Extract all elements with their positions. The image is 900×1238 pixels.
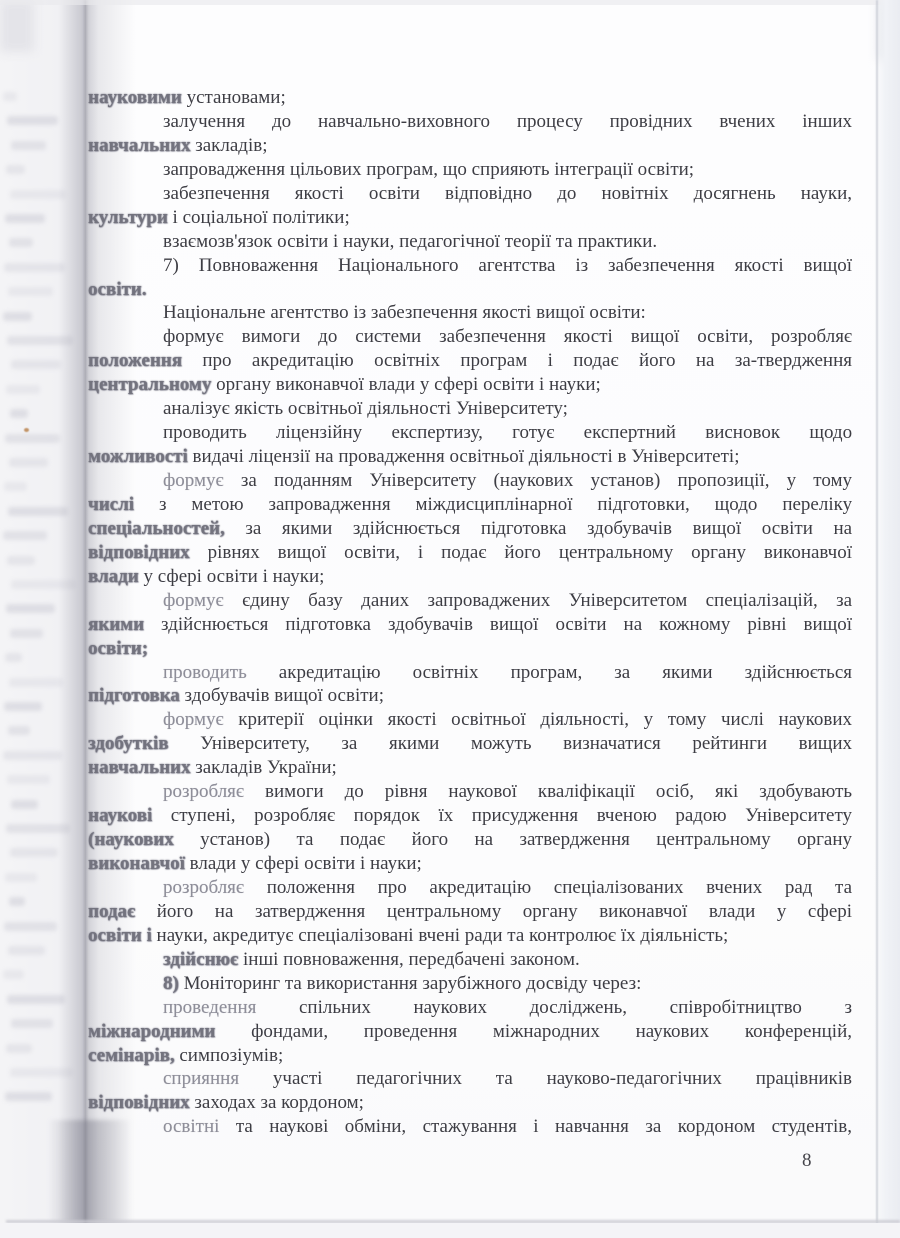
text-line: можливості видачі ліцензії на провадженн… [88, 445, 852, 469]
text-line: Національне агентство із забезпечення як… [88, 301, 852, 325]
smudged-word: подає [88, 901, 135, 922]
text-line: здійснює інші повноваження, передбачені … [88, 948, 852, 972]
text-line: семінарів, симпозіумів; [88, 1044, 852, 1068]
text-line: якими здійснюється підготовка здобувачів… [88, 613, 852, 637]
ghost-text-fragment [3, 92, 17, 101]
ghost-text-fragment [6, 604, 55, 613]
ghost-text-fragment [6, 165, 25, 174]
smudged-word: культури [88, 207, 168, 228]
ghost-text-fragment [9, 238, 33, 247]
smudged-word: наукові [88, 805, 152, 826]
page-number: 8 [802, 1150, 812, 1172]
text-line: положення про акредитацію освітніх прогр… [88, 349, 852, 373]
ghost-text-fragment [11, 1019, 53, 1028]
ghost-text-fragment [11, 800, 38, 809]
text-line: запровадження цільових програм, що сприя… [88, 158, 852, 182]
scan-corner-top-left [0, 0, 34, 52]
text-line: спеціальностей, за якими здійснюється пі… [88, 517, 852, 541]
text-line: залучення до навчально-виховного процесу… [88, 110, 852, 134]
text-line: підготовка здобувачів вищої освіти; [88, 684, 852, 708]
smudged-word: 8) [163, 973, 179, 994]
ghost-text-fragment [3, 312, 32, 321]
text-line: сприяння участі педагогічних та науково-… [88, 1067, 852, 1091]
ghost-text-fragment [11, 360, 61, 369]
text-line: наукові ступені, розробляє порядок їх пр… [88, 804, 852, 828]
text-line: проведення спільних наукових досліджень,… [88, 996, 852, 1020]
ghost-text-fragment [8, 726, 30, 735]
text-line: навчальних закладів; [88, 134, 852, 158]
page-right-edge [876, 0, 878, 1238]
smudged-word: освіти; [88, 638, 148, 659]
smudged-word: відповідних [88, 542, 190, 563]
text-line: розробляє вимоги до рівня наукової квалі… [88, 780, 852, 804]
smudged-word: (наукових [88, 829, 174, 850]
text-line: відповідних заходах за кордоном; [88, 1091, 852, 1115]
text-line: подає його на затвердження центральному … [88, 900, 852, 924]
text-line: виконавчої влади у сфері освіти і науки; [88, 852, 852, 876]
ghost-text-fragment [5, 1092, 52, 1101]
smudged-word: положення [88, 350, 182, 371]
text-line: формує єдину базу даних запроваджених Ун… [88, 589, 852, 613]
smudged-word: центральному [88, 374, 211, 395]
smudged-word: навчальних [88, 135, 190, 156]
ghost-text-fragment [7, 556, 35, 565]
ghost-text-fragment [4, 922, 57, 931]
scanned-page: науковими установами;залучення до навчал… [0, 0, 900, 1238]
ghost-text-fragment [10, 848, 58, 857]
smudged-word: здійснює [163, 949, 238, 970]
ghost-text-fragment [9, 897, 25, 906]
text-line: міжнародними фондами, проведення міжнаро… [88, 1020, 852, 1044]
text-line: центральному органу виконавчої влади у с… [88, 373, 852, 397]
text-line: культури і соціальної політики; [88, 206, 852, 230]
faded-word: формує [163, 470, 224, 491]
text-line: відповідних рівнях вищої освіти, і подає… [88, 541, 852, 565]
text-line: забезпечення якості освіти відповідно до… [88, 182, 852, 206]
ghost-text-fragment [8, 946, 45, 955]
text-line: освіти. [88, 278, 852, 302]
smudged-word: відповідних [88, 1092, 190, 1113]
ghost-text-fragment [3, 531, 47, 540]
ghost-text-fragment [10, 629, 43, 638]
text-line: здобутків Університету, за якими можуть … [88, 732, 852, 756]
text-line: освітні та наукові обміни, стажування і … [88, 1115, 852, 1139]
smudged-word: якими [88, 614, 144, 635]
smudged-word: числі [88, 494, 134, 515]
smudged-word: здобутків [88, 733, 169, 754]
text-line: 7) Повноваження Національного агентства … [88, 254, 852, 278]
faded-word: розробляє [163, 781, 244, 802]
text-line: влади у сфері освіти і науки; [88, 565, 852, 589]
scan-bottom-strip [0, 1223, 900, 1238]
ghost-text-fragment [4, 482, 27, 491]
ghost-text-fragment [8, 287, 53, 296]
smudged-word: освіти [88, 925, 142, 946]
text-line: взаємозв'язок освіти і науки, педагогічн… [88, 230, 852, 254]
ghost-text-fragment [5, 873, 37, 882]
text-line: числі з метою запровадження міждисциплін… [88, 493, 852, 517]
faded-word: розробляє [163, 877, 244, 898]
smudged-word: навчальних [88, 757, 190, 778]
smudged-word: спеціальностей, [88, 518, 225, 539]
smudged-word: семінарів, [88, 1045, 175, 1066]
ghost-text-fragment [6, 385, 40, 394]
text-line: формує за поданням Університету (наукови… [88, 469, 852, 493]
ghost-text-fragment [10, 409, 28, 418]
ghost-text-fragment [4, 263, 65, 272]
faded-word: формує [163, 590, 224, 611]
ghost-text-fragment [11, 141, 46, 150]
ghost-text-fragment [7, 775, 50, 784]
text-line: освіти; [88, 637, 852, 661]
text-line: аналізує якість освітньої діяльності Уні… [88, 397, 852, 421]
ghost-text-fragment [7, 995, 65, 1004]
faded-word: проводить [163, 662, 247, 683]
smudged-word: міжнародними [88, 1021, 215, 1042]
text-line: (наукових установ) та подає його на затв… [88, 828, 852, 852]
smudged-word: і [147, 925, 152, 946]
faded-word: проведення [163, 997, 256, 1018]
text-line: формує вимоги до системи забезпечення як… [88, 325, 852, 349]
document-text: науковими установами;залучення до навчал… [88, 86, 852, 1139]
scan-top-edge [0, 0, 900, 5]
smudged-word: підготовка [88, 685, 180, 706]
smudged-word: можливості [88, 446, 188, 467]
ghost-text-fragment [4, 702, 42, 711]
text-line: науковими установами; [88, 86, 852, 110]
faded-word: формує [163, 709, 224, 730]
ghost-text-fragment [9, 678, 63, 687]
text-line: розробляє положення про акредитацію спец… [88, 876, 852, 900]
ghost-text-fragment [3, 970, 24, 979]
text-line: проводить ліцензійну експертизу, готує е… [88, 421, 852, 445]
text-line: освіти і науки, акредитує спеціалізовані… [88, 924, 852, 948]
faded-word: освітні [163, 1116, 219, 1137]
faded-word: сприяння [163, 1068, 239, 1089]
ghost-text-fragment [7, 116, 58, 125]
text-line: формує критерії оцінки якості освітньої … [88, 708, 852, 732]
text-line: навчальних закладів України; [88, 756, 852, 780]
ghost-text-fragment [9, 458, 48, 467]
text-line: 8) Моніторинг та використання зарубіжног… [88, 972, 852, 996]
smudged-word: науковими [88, 87, 182, 108]
text-line: проводить акредитацію освітніх програм, … [88, 661, 852, 685]
ink-speck [24, 428, 29, 432]
smudged-word: виконавчої [88, 853, 185, 874]
ghost-text-fragment [5, 434, 60, 443]
ghost-text-fragment [3, 751, 62, 760]
ghost-text-fragment [6, 1044, 32, 1053]
smudged-word: освіти. [88, 279, 147, 300]
smudged-word: влади [88, 566, 139, 587]
page-fold-edge [84, 0, 87, 1238]
ghost-text-fragment [5, 653, 22, 662]
ghost-text-fragment [5, 214, 45, 223]
